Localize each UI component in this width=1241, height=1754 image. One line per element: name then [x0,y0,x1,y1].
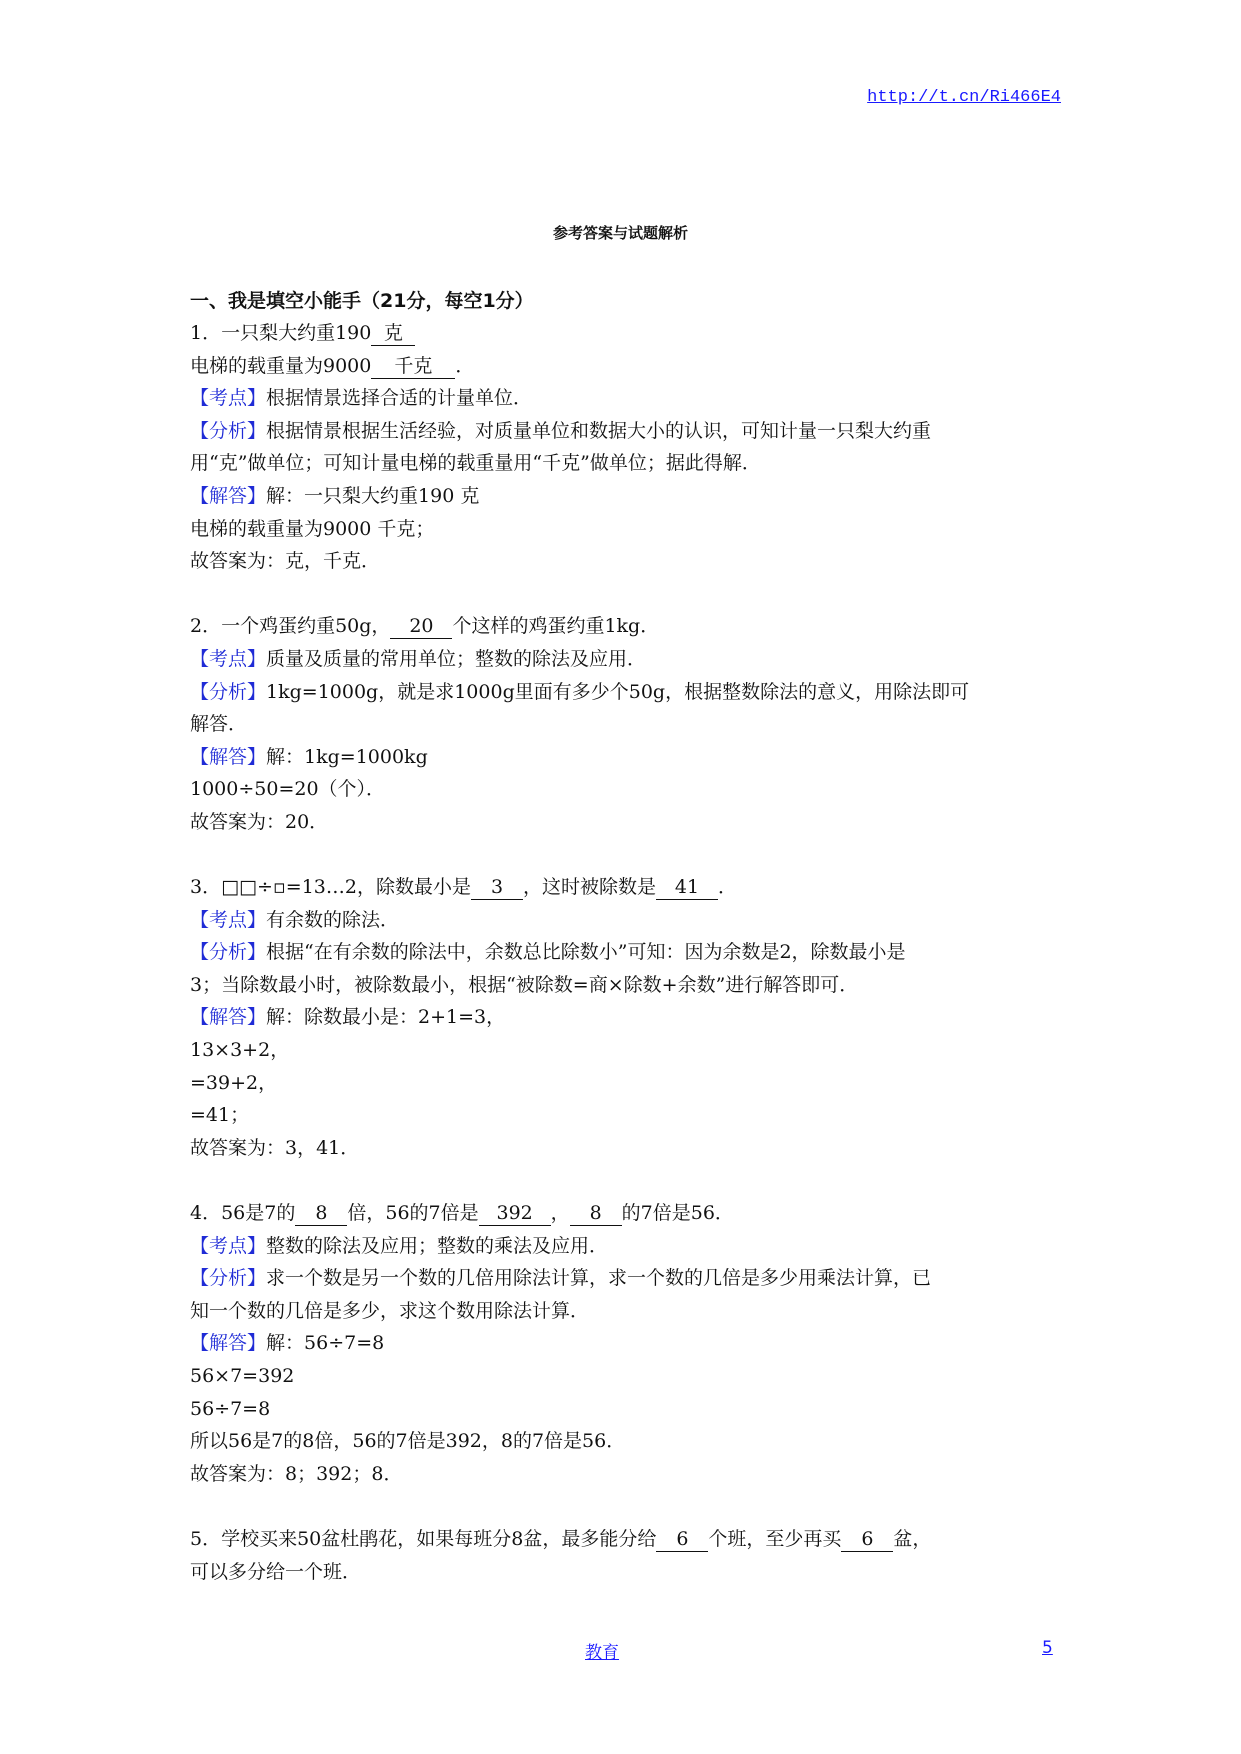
question-middle: 倍，56的7倍是 [347,1202,478,1224]
jieda-label: 【解答】 [190,1332,266,1354]
fenxi-text: 求一个数是另一个数的几倍用除法计算，求一个数的几倍是多少用乘法计算，已 [266,1267,931,1289]
fenxi-line-cont: 解答． [190,708,1060,741]
question-prefix: 1．一只梨大约重190 [190,322,371,344]
jieda-text: 解：除数最小是：2+1=3， [266,1006,505,1028]
fenxi-line: 【分析】求一个数是另一个数的几倍用除法计算，求一个数的几倍是多少用乘法计算，已 [190,1262,1060,1295]
solution-line: =41； [190,1099,1060,1132]
solution-line: =39+2， [190,1067,1060,1100]
fenxi-line-cont: 知一个数的几倍是多少，求这个数用除法计算． [190,1295,1060,1328]
fenxi-label: 【分析】 [190,681,266,703]
kaodian-label: 【考点】 [190,387,266,409]
spacer [190,1490,1060,1523]
solution-line: 故答案为：克，千克． [190,545,1060,578]
fenxi-line: 【分析】根据“在有余数的除法中，余数总比除数小”可知：因为余数是2，除数最小是 [190,936,1060,969]
solution-line: 56÷7=8 [190,1393,1060,1426]
solution-line: 13×3+2， [190,1034,1060,1067]
solution-line: 电梯的载重量为9000 千克； [190,513,1060,546]
fenxi-text: 根据“在有余数的除法中，余数总比除数小”可知：因为余数是2，除数最小是 [266,941,906,963]
fenxi-line: 【分析】根据情景根据生活经验，对质量单位和数据大小的认识，可知计量一只梨大约重 [190,415,1060,448]
question-text-cont: 可以多分给一个班． [190,1556,1060,1589]
fenxi-label: 【分析】 [190,1267,266,1289]
page-title: 参考答案与试题解析 [0,222,1241,243]
question-prefix: 3．□□÷▫=13…2，除数最小是 [190,876,471,898]
spacer [190,578,1060,611]
document-body: 一、我是填空小能手（21分，每空1分） 1．一只梨大约重190克 电梯的载重量为… [190,285,1060,1588]
jieda-label: 【解答】 [190,746,266,768]
question-text: 电梯的载重量为9000千克． [190,350,1060,383]
solution-line: 故答案为：20． [190,806,1060,839]
answer-blank: 41 [656,875,718,900]
fenxi-text: 1kg=1000g，就是求1000g里面有多少个50g，根据整数除法的意义，用除… [266,681,969,703]
question-1: 1．一只梨大约重190克 电梯的载重量为9000千克． 【考点】根据情景选择合适… [190,317,1060,578]
answer-blank: 20 [390,614,452,639]
answer-blank: 6 [656,1527,708,1552]
jieda-text: 解：1kg=1000kg [266,746,428,768]
footer-link[interactable]: 教育 [585,1638,619,1663]
fenxi-line-cont: 用“克”做单位；可知计量电梯的载重量用“千克”做单位；据此得解． [190,447,1060,480]
kaodian-text: 整数的除法及应用；整数的乘法及应用． [266,1235,608,1257]
question-prefix: 5．学校买来50盆杜鹃花，如果每班分8盆，最多能分给 [190,1528,656,1550]
question-middle: ， [551,1202,570,1224]
jieda-line: 【解答】解：56÷7=8 [190,1327,1060,1360]
answer-blank: 3 [471,875,523,900]
jieda-text: 解：一只梨大约重190 克 [266,485,479,507]
kaodian-text: 根据情景选择合适的计量单位． [266,387,532,409]
header-link[interactable]: http://t.cn/Ri466E4 [867,88,1061,107]
jieda-line: 【解答】解：除数最小是：2+1=3， [190,1001,1060,1034]
question-3: 3．□□÷▫=13…2，除数最小是3，这时被除数是41． 【考点】有余数的除法．… [190,871,1060,1164]
answer-blank: 8 [295,1201,347,1226]
answer-blank: 千克 [371,354,455,379]
question-prefix: 电梯的载重量为9000 [190,355,371,377]
answer-blank: 克 [371,321,415,346]
question-middle: ，这时被除数是 [523,876,656,898]
jieda-text: 解：56÷7=8 [266,1332,384,1354]
kaodian-line: 【考点】整数的除法及应用；整数的乘法及应用． [190,1230,1060,1263]
question-4: 4．56是7的8倍，56的7倍是392，8的7倍是56． 【考点】整数的除法及应… [190,1197,1060,1490]
question-text: 2．一个鸡蛋约重50g，20个这样的鸡蛋约重1kg． [190,610,1060,643]
fenxi-line: 【分析】1kg=1000g，就是求1000g里面有多少个50g，根据整数除法的意… [190,676,1060,709]
solution-line: 56×7=392 [190,1360,1060,1393]
question-2: 2．一个鸡蛋约重50g，20个这样的鸡蛋约重1kg． 【考点】质量及质量的常用单… [190,610,1060,838]
question-5: 5．学校买来50盆杜鹃花，如果每班分8盆，最多能分给6个班，至少再买6盆， 可以… [190,1523,1060,1588]
question-text: 4．56是7的8倍，56的7倍是392，8的7倍是56． [190,1197,1060,1230]
fenxi-label: 【分析】 [190,941,266,963]
question-suffix: 个这样的鸡蛋约重1kg． [452,615,659,637]
kaodian-line: 【考点】根据情景选择合适的计量单位． [190,382,1060,415]
kaodian-line: 【考点】有余数的除法． [190,904,1060,937]
spacer [190,1164,1060,1197]
spacer [190,839,1060,872]
jieda-label: 【解答】 [190,485,266,507]
question-text: 3．□□÷▫=13…2，除数最小是3，这时被除数是41． [190,871,1060,904]
kaodian-label: 【考点】 [190,648,266,670]
question-suffix: 盆， [893,1528,931,1550]
section-title: 一、我是填空小能手（21分，每空1分） [190,285,1060,317]
kaodian-text: 质量及质量的常用单位；整数的除法及应用． [266,648,646,670]
fenxi-label: 【分析】 [190,420,266,442]
fenxi-text: 根据情景根据生活经验，对质量单位和数据大小的认识，可知计量一只梨大约重 [266,420,931,442]
fenxi-line-cont: 3；当除数最小时，被除数最小，根据“被除数=商×除数+余数”进行解答即可． [190,969,1060,1002]
question-text: 5．学校买来50盆杜鹃花，如果每班分8盆，最多能分给6个班，至少再买6盆， [190,1523,1060,1556]
jieda-line: 【解答】解：一只梨大约重190 克 [190,480,1060,513]
kaodian-label: 【考点】 [190,909,266,931]
solution-line: 1000÷50=20（个）． [190,773,1060,806]
jieda-line: 【解答】解：1kg=1000kg [190,741,1060,774]
kaodian-line: 【考点】质量及质量的常用单位；整数的除法及应用． [190,643,1060,676]
question-suffix: ． [718,876,737,898]
question-prefix: 2．一个鸡蛋约重50g， [190,615,390,637]
page-number[interactable]: 5 [1042,1638,1053,1658]
question-text: 1．一只梨大约重190克 [190,317,1060,350]
solution-line: 故答案为：3，41． [190,1132,1060,1165]
kaodian-text: 有余数的除法． [266,909,399,931]
solution-line: 所以56是7的8倍，56的7倍是392，8的7倍是56． [190,1425,1060,1458]
answer-blank: 6 [841,1527,893,1552]
kaodian-label: 【考点】 [190,1235,266,1257]
jieda-label: 【解答】 [190,1006,266,1028]
answer-blank: 392 [479,1201,551,1226]
question-suffix: 的7倍是56． [622,1202,734,1224]
question-suffix: ． [455,355,474,377]
question-middle: 个班，至少再买 [708,1528,841,1550]
question-prefix: 4．56是7的 [190,1202,295,1224]
answer-blank: 8 [570,1201,622,1226]
solution-line: 故答案为：8；392；8． [190,1458,1060,1491]
